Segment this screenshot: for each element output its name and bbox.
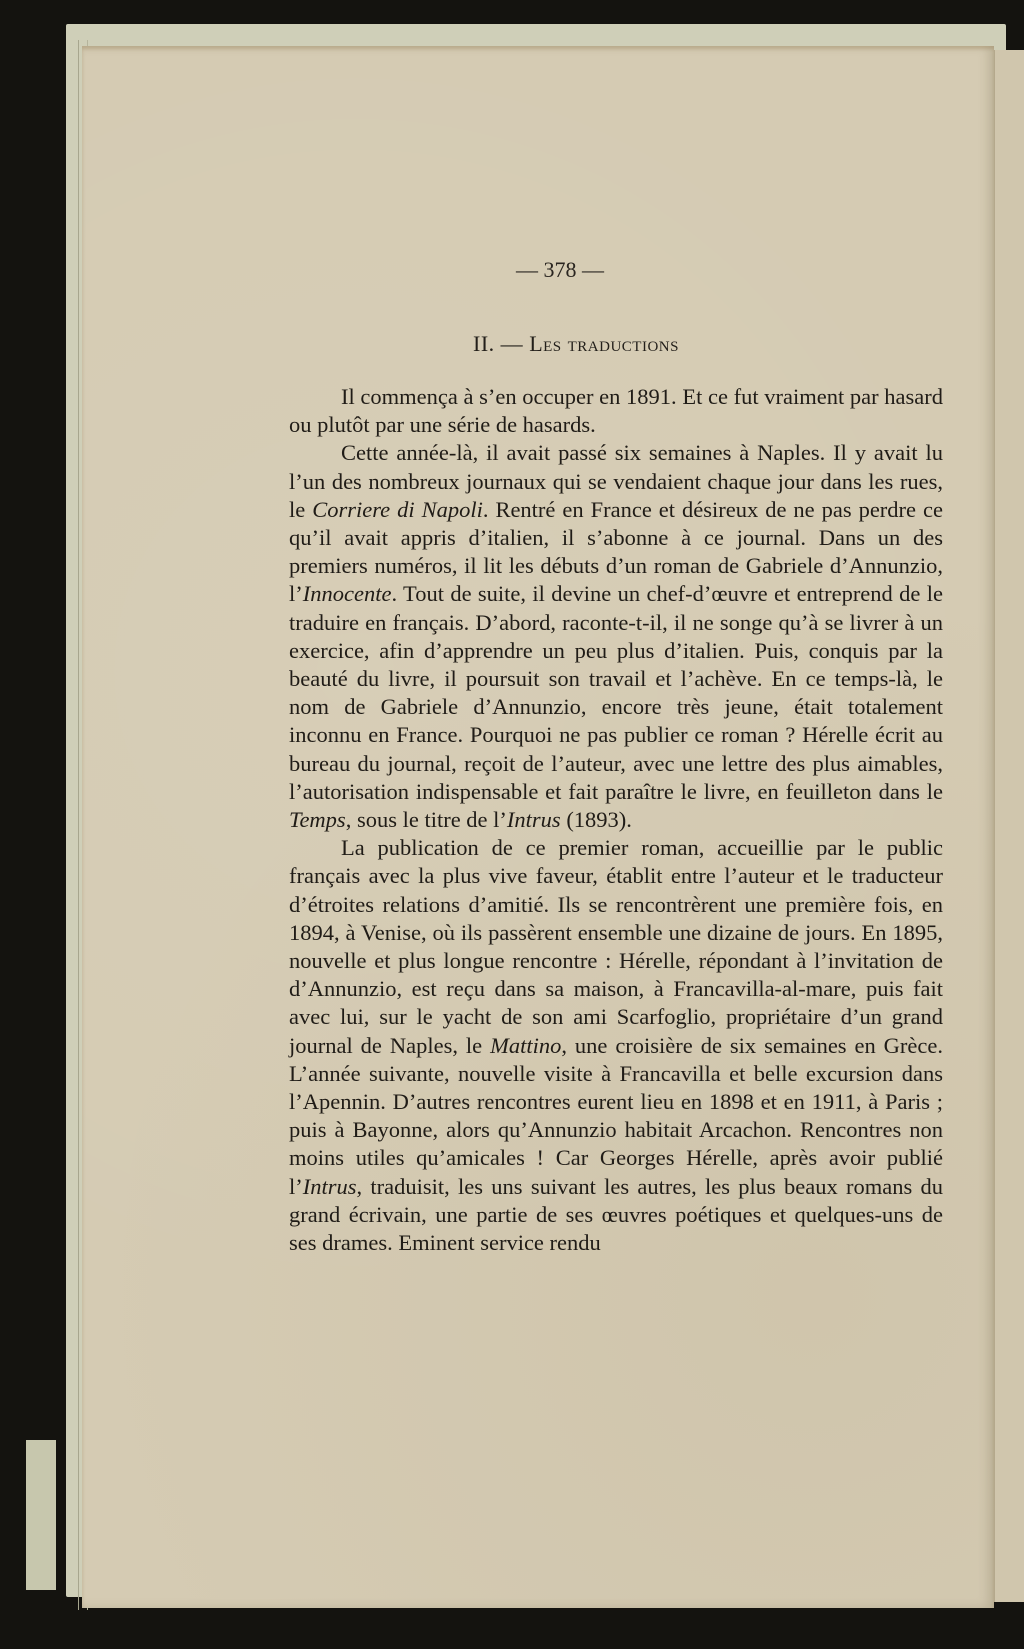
- section-heading: II. — Les traductions: [120, 331, 1024, 357]
- text-run: . Tout de suite, il devine un chef-d’œuv…: [289, 581, 943, 803]
- italic-title: Mattino: [490, 1033, 561, 1058]
- text-run: , sous le titre de l’: [346, 807, 507, 832]
- text-run: (1893).: [561, 807, 632, 832]
- text-run: Il commença à s’en occuper en 1891. Et c…: [289, 384, 943, 437]
- paragraph: Il commença à s’en occuper en 1891. Et c…: [289, 383, 943, 439]
- paragraph: La publication de ce premier roman, accu…: [289, 834, 943, 1257]
- cover-edge: [26, 1440, 56, 1590]
- body-text: Il commença à s’en occuper en 1891. Et c…: [289, 383, 943, 1257]
- text-run: , traduisit, les uns suivant les autres,…: [289, 1174, 943, 1255]
- italic-title: Corriere di Napoli: [312, 497, 483, 522]
- book-page: — 378 — II. — Les traductions Il commenç…: [82, 46, 994, 1608]
- italic-title: Intrus: [303, 1174, 357, 1199]
- text-run: La publication de ce premier roman, accu…: [289, 835, 943, 1057]
- italic-title: Intrus: [507, 807, 561, 832]
- italic-title: Innocente: [303, 581, 392, 606]
- italic-title: Temps: [289, 807, 346, 832]
- paragraph: Cette année-là, il avait passé six semai…: [289, 439, 943, 834]
- page-number: — 378 —: [104, 257, 1016, 283]
- section-numeral: II. —: [473, 331, 529, 356]
- section-title-text: Les traductions: [529, 331, 679, 356]
